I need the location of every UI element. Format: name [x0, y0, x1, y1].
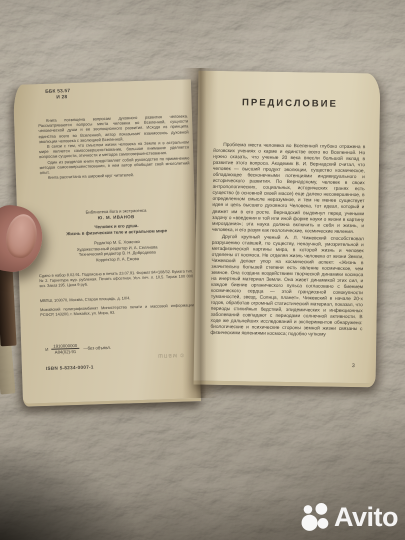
avito-logo-icon [301, 503, 331, 533]
thumb-nail [3, 212, 40, 261]
listing-photo: ББК 53.57 И 28 Книга посвящена вопросам … [0, 0, 405, 540]
series-and-author: Библиотека йога и экстрасенса Ю. М. ИВАН… [41, 206, 191, 222]
preface-heading: ПРЕДИСЛОВИЕ [214, 97, 366, 110]
bbk-classification: ББК 53.57 И 28 [45, 89, 70, 102]
preface-paragraph: Другой крупный ученый А. Л. Чижевский сп… [210, 235, 364, 340]
catalog-fraction: 1910000000 А84(02)-91 [51, 343, 79, 355]
avito-watermark: Avito [301, 503, 398, 533]
bbk-author-index: И 28 [45, 95, 70, 102]
isbn-number: ISBN 5-8234-0007-1 [46, 364, 94, 370]
catalog-prefix: И [45, 347, 48, 352]
preface-paragraph: Проблема места человека во Вселенной глу… [212, 143, 365, 236]
catalog-index: И 1910000000 А84(02)-91 —без объявл. [45, 342, 111, 355]
publisher-address: МВПШ, 103070, Москва, Старая площадь, д.… [40, 293, 194, 303]
annotation-text: Книга посвящена вопросам духовного разви… [38, 113, 190, 180]
avito-watermark-text: Avito [334, 504, 398, 531]
preface-text: Проблема места человека во Вселенной глу… [210, 143, 365, 341]
catalog-suffix: —без объявл. [83, 345, 111, 351]
print-imprint: Сдано в набор 8.02.91. Подписано в печат… [39, 268, 193, 288]
catalog-denominator: А84(02)-91 [51, 349, 79, 355]
book-title: Человек и его душа. Жизнь в физическом т… [41, 221, 191, 237]
page-number: 3 [352, 363, 355, 369]
copyright-stamp: © МВПШ [141, 351, 199, 359]
editorial-staff: Редактор М. Е. Хоменко Художественный ре… [42, 237, 193, 264]
printing-house: Можайский полиграфкомбинат Министерства … [40, 302, 194, 317]
book-right-page: ПРЕДИСЛОВИЕ Проблема места человека во В… [194, 71, 381, 388]
open-book: ББК 53.57 И 28 Книга посвящена вопросам … [16, 70, 382, 410]
